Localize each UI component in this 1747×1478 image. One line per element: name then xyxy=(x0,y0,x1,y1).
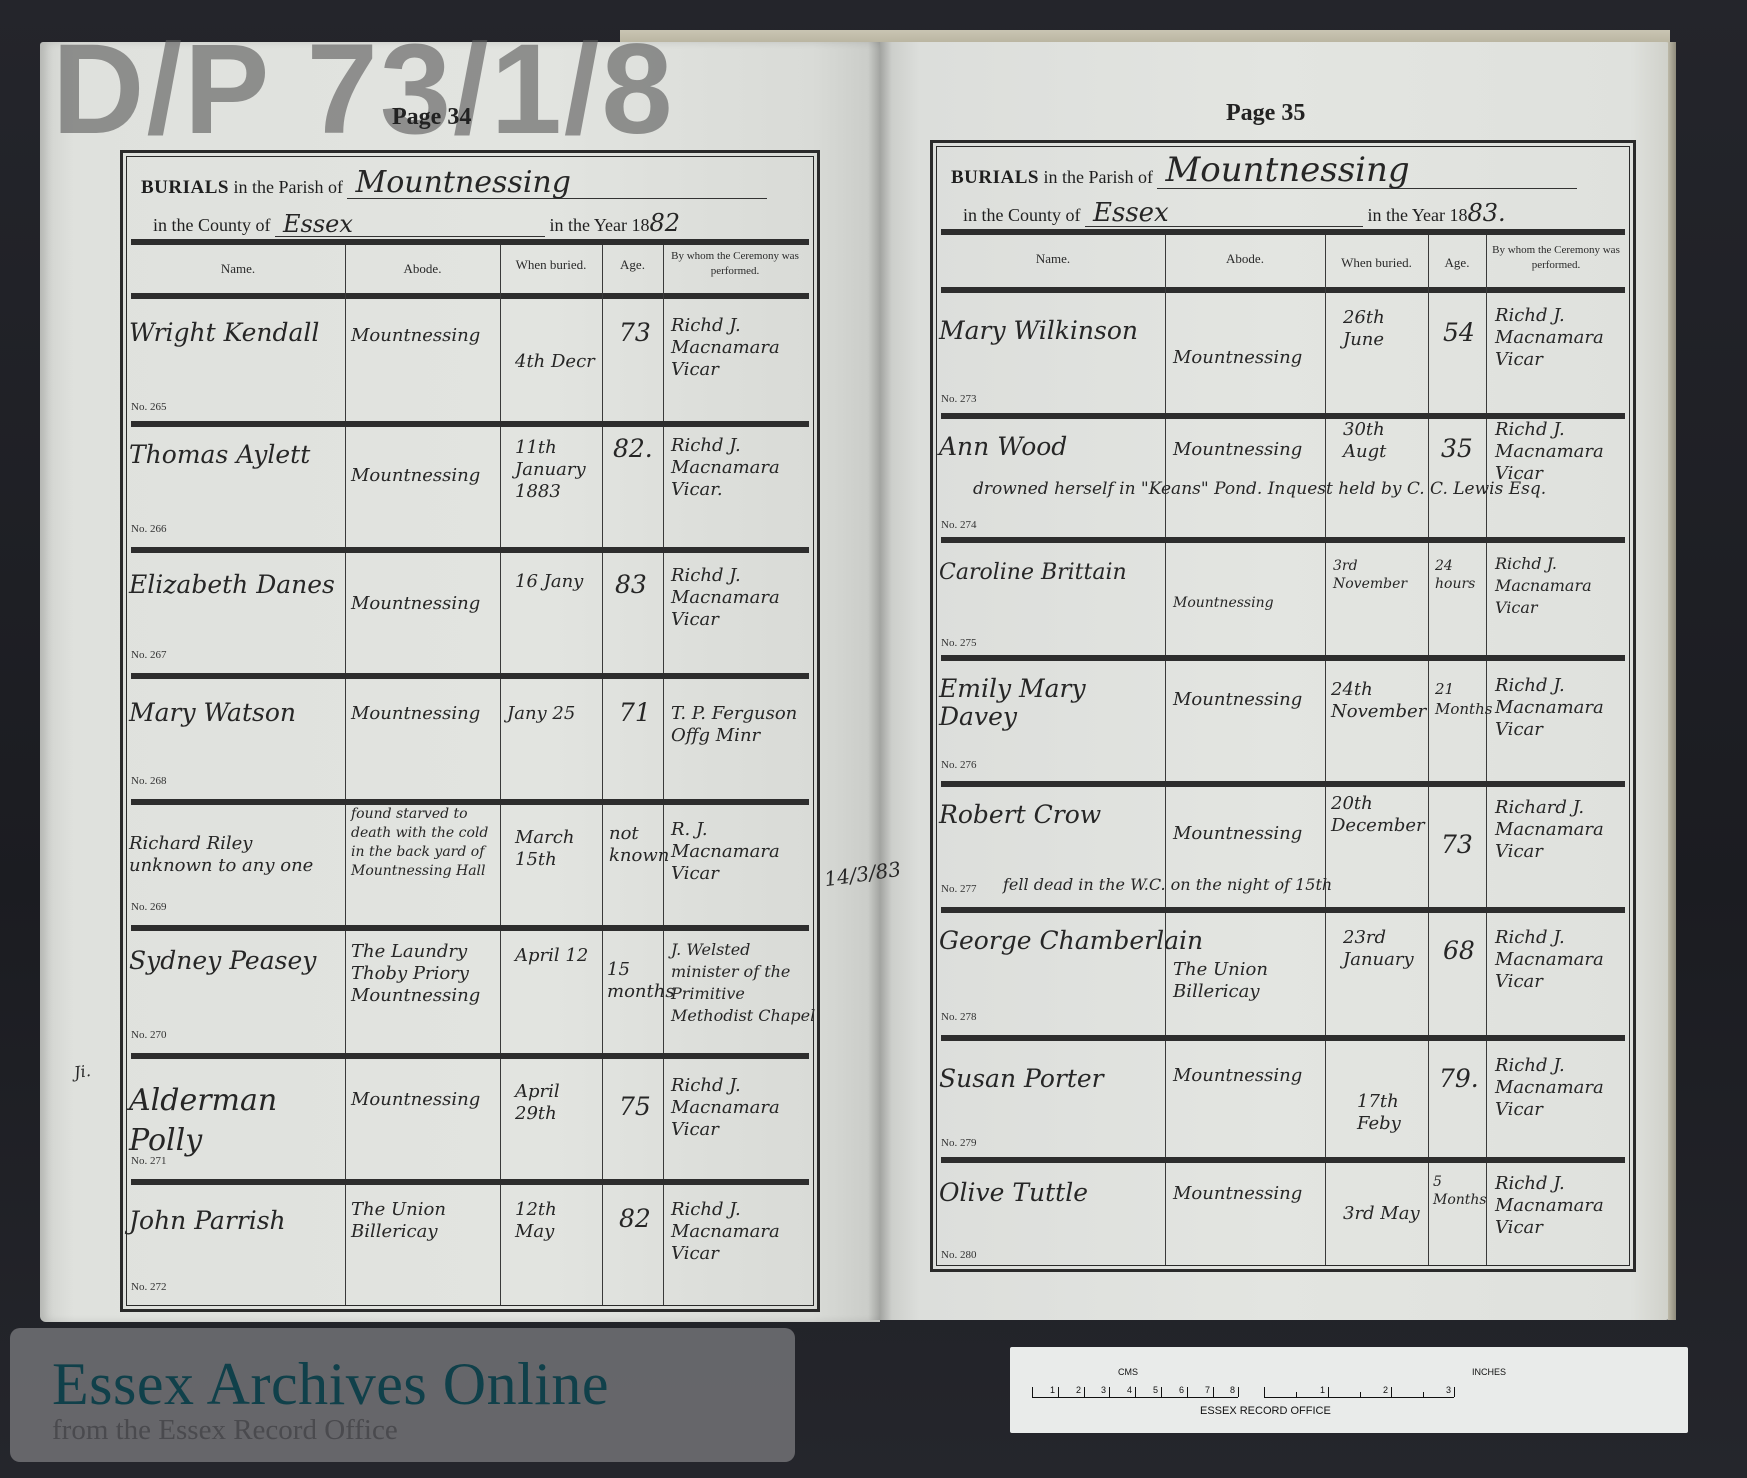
burial-register-left: BURIALS in the Parish of Mountnessing in… xyxy=(120,150,820,1312)
entry-number: No. 269 xyxy=(131,901,166,913)
entry-name: Mary Watson xyxy=(129,699,345,727)
entry-age: 73 xyxy=(1441,831,1481,859)
entry-when-buried: 3rd May xyxy=(1343,1203,1428,1225)
entry-officiant: Richd J. Macnamara Vicar xyxy=(671,565,821,631)
ruler-cm-number: 8 xyxy=(1230,1385,1235,1395)
entry-abode: Mountnessing xyxy=(1173,1183,1333,1205)
ruler-cm-number: 6 xyxy=(1179,1385,1184,1395)
entry-number: No. 279 xyxy=(941,1137,976,1149)
entry-officiant: Richd J. Macnamara Vicar xyxy=(1495,927,1635,993)
entry-name: Ann Wood xyxy=(939,433,1159,461)
entry-abode: Mountnessing xyxy=(351,465,501,487)
ruler-cm-number: 1 xyxy=(1050,1385,1055,1395)
ruler-tick xyxy=(1109,1387,1110,1397)
entry-name: Elizabeth Danes xyxy=(129,571,345,599)
entry-when-buried: Jany 25 xyxy=(507,703,602,725)
column-header-age: Age. xyxy=(602,257,663,272)
register-heading: BURIALS in the Parish of Mountnessing in… xyxy=(945,153,1621,233)
entry-when-buried: 12th May xyxy=(515,1199,600,1243)
year-value: 82 xyxy=(650,209,681,237)
ruler-tick xyxy=(1058,1387,1059,1397)
column-header-abode: Abode. xyxy=(1165,251,1325,266)
parish-prefix: in the Parish of xyxy=(233,177,343,197)
entry-age: 79. xyxy=(1439,1065,1483,1093)
heading-rule xyxy=(941,229,1625,235)
entry-number: No. 271 xyxy=(131,1155,166,1167)
county-line: in the County of Essex in the Year 1882 xyxy=(153,209,680,237)
parish-field: Mountnessing xyxy=(1157,167,1577,189)
entry-abode: Mountnessing xyxy=(351,593,501,615)
entry-officiant: Richd J. Macnamara Vicar xyxy=(1495,1055,1635,1121)
entry-age: 75 xyxy=(619,1093,659,1121)
entry-abode: Mountnessing xyxy=(1173,347,1333,369)
ruler-footer: ESSEX RECORD OFFICE xyxy=(1200,1405,1331,1417)
ruler-cm-number: 7 xyxy=(1205,1385,1210,1395)
entry-note: fell dead in the W.C. on the night of 15… xyxy=(1003,875,1332,894)
entry-name: Caroline Brittain xyxy=(939,559,1239,587)
entry-when-buried: 4th Decr xyxy=(515,351,600,373)
entry-abode: The Laundry Thoby Priory Mountnessing xyxy=(351,941,501,1007)
entry-officiant: Richd J. Macnamara Vicar xyxy=(671,315,821,381)
entry-age: 54 xyxy=(1443,319,1483,347)
entry-age: not known xyxy=(609,823,661,867)
entry-officiant: T. P. Ferguson Offg Minr xyxy=(671,703,821,747)
county-field: Essex xyxy=(1085,205,1363,227)
entry-when-buried: 11th January 1883 xyxy=(515,437,600,503)
entry-number: No. 267 xyxy=(131,649,166,661)
register-heading: BURIALS in the Parish of Mountnessing in… xyxy=(135,163,805,243)
book-gutter xyxy=(868,42,892,1320)
ruler-tick xyxy=(1264,1387,1265,1397)
entry-abode: The Union Billericay xyxy=(351,1199,501,1243)
register-row: Ann Wood Mountnessing 30th Augt 35 Richd… xyxy=(933,419,1633,537)
entry-when-buried: 16 Jany xyxy=(515,571,600,593)
ruler-tick xyxy=(1135,1387,1136,1397)
entry-age: 82. xyxy=(613,435,661,463)
burial-register-right: BURIALS in the Parish of Mountnessing in… xyxy=(930,140,1636,1272)
county-prefix: in the County of xyxy=(153,215,271,235)
ruler-tick xyxy=(1032,1387,1033,1397)
column-header-age: Age. xyxy=(1428,255,1486,270)
entry-number: No. 273 xyxy=(941,393,976,405)
entry-abode: Mountnessing xyxy=(351,325,501,347)
entry-when-buried: 17th Feby xyxy=(1357,1091,1427,1135)
page-number-right: Page 35 xyxy=(1226,100,1305,127)
entry-abode: The Union Billericay xyxy=(1173,959,1323,1003)
entry-name: Emily Mary Davey xyxy=(939,675,1139,731)
ruler-cm-number: 4 xyxy=(1127,1385,1132,1395)
entry-when-buried: 23rd January xyxy=(1343,927,1428,971)
register-row: Robert Crow Mountnessing 20th December 7… xyxy=(933,787,1633,907)
entry-number: No. 274 xyxy=(941,519,976,531)
register-row: Wright Kendall Mountnessing 4th Decr 73 … xyxy=(123,299,817,421)
entry-number: No. 275 xyxy=(941,637,976,649)
entry-name: Richard Riley unknown to any one xyxy=(129,833,339,877)
ruler-inch-number: 1 xyxy=(1320,1385,1325,1395)
entry-number: No. 280 xyxy=(941,1249,976,1261)
register-row: Caroline Brittain Mountnessing 3rd Novem… xyxy=(933,543,1633,655)
ruler-cm-number: 3 xyxy=(1101,1385,1106,1395)
logo-title: Essex Archives Online xyxy=(52,1350,609,1419)
entry-number: No. 277 xyxy=(941,883,976,895)
year-prefix: in the Year 18 xyxy=(1368,205,1468,225)
register-row: Mary Wilkinson Mountnessing 26th June 54… xyxy=(933,293,1633,411)
entry-note: drowned herself in "Keans" Pond. Inquest… xyxy=(973,479,1546,499)
register-row: Mary Watson Mountnessing Jany 25 71 T. P… xyxy=(123,679,817,799)
logo-subtitle: from the Essex Record Office xyxy=(52,1414,398,1447)
entry-officiant: Richd J. Macnamara Vicar xyxy=(1495,1173,1635,1239)
ruler-tick xyxy=(1238,1387,1239,1397)
entry-number: No. 266 xyxy=(131,523,166,535)
register-row: Thomas Aylett Mountnessing 11th January … xyxy=(123,427,817,547)
entry-abode: Mountnessing xyxy=(1173,589,1333,617)
entry-officiant: Richd J. Macnamara Vicar xyxy=(1495,419,1635,485)
entry-age: 5 Months xyxy=(1433,1173,1485,1209)
burials-label: BURIALS xyxy=(141,177,229,198)
entry-age: 71 xyxy=(619,699,659,727)
entry-name: Susan Porter xyxy=(939,1065,1179,1093)
entry-when-buried: April 29th xyxy=(515,1081,600,1125)
entry-age: 15 months xyxy=(607,959,663,1003)
parish-line: BURIALS in the Parish of Mountnessing xyxy=(141,177,767,199)
entry-abode: found starved to death with the cold in … xyxy=(351,805,501,881)
page-number-left: Page 34 xyxy=(392,104,471,131)
entry-officiant: Richd J. Macnamara Vicar xyxy=(671,1075,821,1141)
essex-archives-logo: Essex Archives Online from the Essex Rec… xyxy=(10,1328,795,1462)
entry-number: No. 278 xyxy=(941,1011,976,1023)
entry-name: Olive Tuttle xyxy=(939,1179,1165,1207)
entry-age: 68 xyxy=(1443,937,1483,965)
ruler-cms-label: CMS xyxy=(1118,1367,1138,1377)
ruler-tick xyxy=(1161,1387,1162,1397)
page-edge xyxy=(1668,42,1676,1320)
heading-rule xyxy=(131,239,809,245)
entry-when-buried: 3rd November xyxy=(1333,557,1428,593)
column-header-when-buried: When buried. xyxy=(500,257,602,272)
column-header-name: Name. xyxy=(131,261,345,276)
entry-name: John Parrish xyxy=(129,1207,345,1235)
parish-field: Mountnessing xyxy=(347,177,767,199)
parish-line: BURIALS in the Parish of Mountnessing xyxy=(951,167,1577,189)
entry-officiant: J. Welsted minister of the Primitive Met… xyxy=(671,939,821,1027)
entry-age: 35 xyxy=(1441,435,1485,463)
ruler-tick xyxy=(1454,1387,1455,1397)
entry-name: George Chamberlain xyxy=(939,927,1259,955)
reference-watermark: D/P 73/1/8 xyxy=(52,30,675,150)
entry-abode: Mountnessing xyxy=(1173,689,1333,711)
year-value: 83. xyxy=(1468,199,1506,227)
column-header-when-buried: When buried. xyxy=(1325,255,1428,270)
ruler-tick xyxy=(1084,1387,1085,1397)
column-header-abode: Abode. xyxy=(345,261,500,276)
entry-age: 73 xyxy=(619,319,659,347)
ruler-tick xyxy=(1328,1387,1329,1397)
column-header-officiant: By whom the Ceremony was performed. xyxy=(663,249,807,279)
entry-officiant: R. J. Macnamara Vicar xyxy=(671,819,821,885)
ruler-tick xyxy=(1423,1392,1424,1397)
register-row: Alderman Polly Mountnessing April 29th 7… xyxy=(123,1059,817,1179)
ruler-tick xyxy=(1213,1387,1214,1397)
register-row: George Chamberlain The Union Billericay … xyxy=(933,913,1633,1035)
register-row: Olive Tuttle Mountnessing 3rd May 5 Mont… xyxy=(933,1163,1633,1269)
register-row: Susan Porter Mountnessing 17th Feby 79. … xyxy=(933,1041,1633,1157)
scale-ruler: CMS INCHES 1 2 3 4 5 6 7 8 1 2 3 ESSEX R… xyxy=(1010,1347,1688,1433)
entry-number: No. 268 xyxy=(131,775,166,787)
county-line: in the County of Essex in the Year 1883. xyxy=(963,199,1506,227)
register-row: John Parrish The Union Billericay 12th M… xyxy=(123,1185,817,1307)
entry-officiant: Richard J. Macnamara Vicar xyxy=(1495,797,1635,863)
year-prefix: in the Year 18 xyxy=(550,215,650,235)
entry-officiant: Richd J. Macnamara Vicar xyxy=(671,1199,821,1265)
entry-number: No. 276 xyxy=(941,759,976,771)
ruler-cm-number: 5 xyxy=(1153,1385,1158,1395)
entry-abode: Mountnessing xyxy=(351,1089,501,1111)
ruler-cm-scale xyxy=(1032,1397,1238,1398)
entry-name: Sydney Peasey xyxy=(129,947,339,975)
entry-officiant: Richd J. Macnamara Vicar xyxy=(1495,305,1635,371)
ruler-inch-number: 2 xyxy=(1383,1385,1388,1395)
entry-name: Mary Wilkinson xyxy=(939,317,1239,345)
ruler-tick xyxy=(1296,1392,1297,1397)
register-row: Richard Riley unknown to any one found s… xyxy=(123,805,817,925)
entry-abode: Mountnessing xyxy=(351,703,501,725)
entry-age: 21 Months xyxy=(1435,679,1485,719)
entry-when-buried: 24th November xyxy=(1331,679,1428,723)
entry-when-buried: April 12 xyxy=(515,945,600,967)
entry-name: Robert Crow xyxy=(939,801,1179,829)
entry-age: 24 hours xyxy=(1435,557,1485,593)
ruler-inch-number: 3 xyxy=(1446,1385,1451,1395)
entry-abode: Mountnessing xyxy=(1173,1065,1333,1087)
ruler-tick xyxy=(1187,1387,1188,1397)
entry-age: 83 xyxy=(615,571,659,599)
entry-when-buried: 30th Augt xyxy=(1343,419,1428,463)
register-row: Elizabeth Danes Mountnessing 16 Jany 83 … xyxy=(123,553,817,673)
entry-name: Alderman Polly xyxy=(129,1081,339,1161)
entry-officiant: Richd J. Macnamara Vicar xyxy=(1495,675,1635,741)
burials-label: BURIALS xyxy=(951,167,1039,188)
entry-abode: Mountnessing xyxy=(1173,439,1333,461)
ruler-cm-number: 2 xyxy=(1076,1385,1081,1395)
ruler-tick xyxy=(1360,1392,1361,1397)
parish-prefix: in the Parish of xyxy=(1043,167,1153,187)
entry-number: No. 272 xyxy=(131,1281,166,1293)
entry-officiant: Richd J. Macnamara Vicar xyxy=(1495,553,1635,619)
ruler-inches-label: INCHES xyxy=(1472,1367,1506,1377)
entry-officiant: Richd J. Macnamara Vicar. xyxy=(671,435,821,501)
register-row: Sydney Peasey The Laundry Thoby Priory M… xyxy=(123,931,817,1053)
county-field: Essex xyxy=(275,215,545,237)
ruler-inch-scale xyxy=(1264,1397,1454,1398)
entry-name: Thomas Aylett xyxy=(129,441,345,469)
county-prefix: in the County of xyxy=(963,205,1081,225)
column-header-officiant: By whom the Ceremony was performed. xyxy=(1486,243,1626,273)
entry-when-buried: 20th December xyxy=(1331,793,1428,837)
entry-number: No. 270 xyxy=(131,1029,166,1041)
register-row: Emily Mary Davey Mountnessing 24th Novem… xyxy=(933,661,1633,781)
entry-name: Wright Kendall xyxy=(129,319,345,347)
entry-when-buried: March 15th xyxy=(515,827,600,871)
entry-abode: Mountnessing xyxy=(1173,823,1333,845)
ruler-tick xyxy=(1391,1387,1392,1397)
margin-note-mark: Ji. xyxy=(73,1061,92,1082)
entry-number: No. 265 xyxy=(131,401,166,413)
entry-when-buried: 26th June xyxy=(1343,307,1428,351)
column-header-name: Name. xyxy=(941,251,1165,266)
entry-age: 82 xyxy=(619,1205,659,1233)
